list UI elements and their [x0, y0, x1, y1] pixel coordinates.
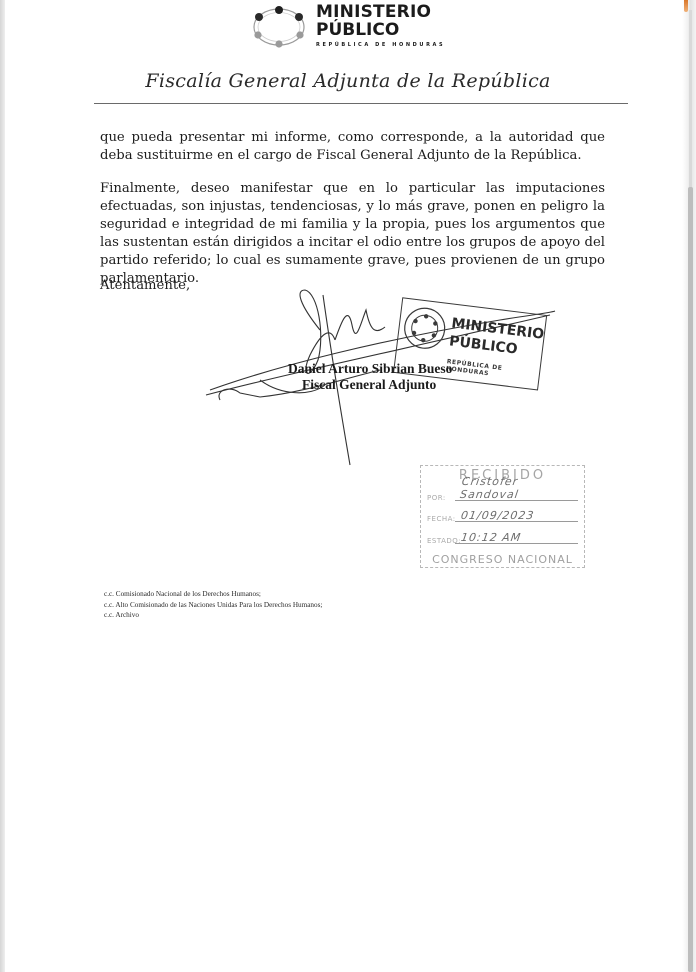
received-by-row: POR: Cristofer Sandoval	[425, 486, 578, 504]
received-footer: CONGRESO NACIONAL	[421, 553, 584, 566]
cc-item: c.c. Archivo	[104, 610, 322, 621]
cc-item: c.c. Comisionado Nacional de los Derecho…	[104, 589, 322, 600]
header-divider	[94, 103, 628, 104]
ministerio-publico-seal-icon	[250, 5, 308, 49]
paragraph-1: que pueda presentar mi informe, como cor…	[100, 129, 605, 165]
scrollbar-thumb[interactable]	[688, 187, 693, 972]
received-date-value: 01/09/2023	[460, 509, 535, 522]
signer-name: Daniel Arturo Sibrian Bueso	[288, 361, 452, 377]
cc-item: c.c. Alto Comisionado de las Naciones Un…	[104, 600, 322, 611]
received-by-value: Cristofer Sandoval	[459, 475, 580, 501]
office-title: Fiscalía General Adjunta de la República	[0, 70, 696, 92]
corner-accent	[684, 0, 688, 12]
institution-line2: PÚBLICO	[316, 21, 445, 39]
received-stamp: RECIBIDO POR: Cristofer Sandoval FECHA: …	[420, 465, 585, 568]
fiscalia-seal-icon	[400, 304, 449, 353]
institution-country: REPÚBLICA DE HONDURAS	[316, 41, 445, 49]
received-by-label: POR:	[427, 494, 446, 502]
cc-list: c.c. Comisionado Nacional de los Derecho…	[104, 589, 322, 621]
received-time-row: ESTADO: 10:12 AM	[425, 529, 578, 547]
paragraph-2: Finalmente, deseo manifestar que en lo p…	[100, 180, 605, 288]
received-time-value: 10:12 AM	[460, 531, 522, 544]
received-date-label: FECHA:	[427, 515, 456, 523]
institution-line1: MINISTERIO	[316, 4, 445, 21]
page-left-edge	[0, 0, 5, 972]
institution-name: MINISTERIO PÚBLICO REPÚBLICA DE HONDURAS	[316, 4, 445, 49]
signer-title: Fiscal General Adjunto	[288, 377, 452, 393]
received-date-row: FECHA: 01/09/2023	[425, 507, 578, 525]
signer-block: Daniel Arturo Sibrian Bueso Fiscal Gener…	[288, 361, 452, 393]
closing-salutation: Atentamente,	[100, 278, 190, 293]
